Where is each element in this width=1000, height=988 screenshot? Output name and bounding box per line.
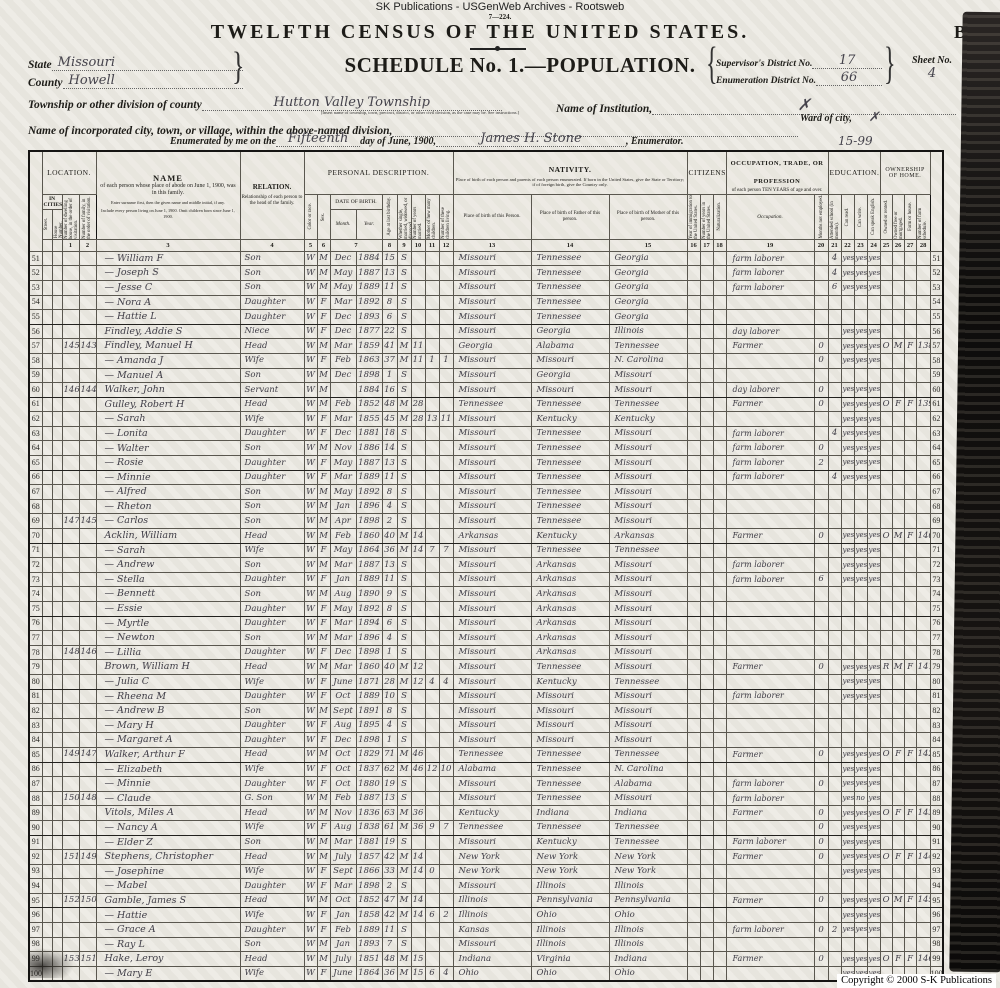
cell-attended_school [828,864,841,879]
cell-occupation [726,674,814,689]
cell-color: W [304,850,317,865]
cell-attended_school [828,879,841,894]
cell-farm_schedule [916,835,930,850]
cell-age: 13 [382,558,397,573]
cell-birth_year: 1892 [356,295,382,310]
cell-house-number [52,850,62,865]
table-row: 87— MinnieDaughterWFOct188019SMissouriTe… [29,777,943,792]
cell-owned_rented [880,441,892,456]
cell-children_living [439,397,453,412]
cell-sex: F [317,864,330,879]
cell-yr_immigration [687,893,700,908]
cell-birthplace: Missouri [453,251,531,266]
cell-naturalization [713,426,726,441]
cell-free_mortgaged: F [892,806,904,821]
cell-mother_birthplace: Missouri [609,660,687,675]
row-number-right: 68 [930,499,943,514]
cell-can_read [841,879,854,894]
cell-street [42,324,52,339]
cell-can_read: yes [841,952,854,967]
col-header-naturalization: Naturalization. [713,194,726,239]
cell-mother_of [425,485,439,500]
cell-farm_schedule: 140 [916,529,930,544]
cell-name: — Margaret A [96,733,240,748]
enumerator-name: James H. Stone [436,131,626,147]
state-county-block: State Missouri County Howell [28,53,243,89]
cell-house-number [52,645,62,660]
cell-free_mortgaged [892,266,904,281]
row-number-right: 75 [930,602,943,617]
cell-father_birthplace: Missouri [531,704,609,719]
cell-can_read: yes [841,893,854,908]
cell-farm_schedule [916,616,930,631]
cell-age: 37 [382,353,397,368]
cell-birth_year: 1891 [356,704,382,719]
cell-house-number [52,280,62,295]
cell-dwelling [62,456,79,471]
cell-father_birthplace: Kentucky [531,529,609,544]
cell-attended_school [828,820,841,835]
cell-birthplace: Tennessee [453,397,531,412]
cell-house-number [52,616,62,631]
cell-attended_school [828,806,841,821]
cell-occupation [726,704,814,719]
cell-street [42,572,52,587]
cell-children_living [439,324,453,339]
cell-name: — Rheton [96,499,240,514]
cell-yrs_in_us [700,251,713,266]
cell-months_not_employed: 0 [814,923,828,938]
cell-family [79,310,96,325]
cell-color: W [304,587,317,602]
cell-birthplace: Missouri [453,266,531,281]
cell-marital: S [397,645,411,660]
cell-birth_year: 1838 [356,820,382,835]
cell-birth_month: Feb [330,923,356,938]
cell-occupation: Farmer [726,893,814,908]
cell-family: 146 [79,645,96,660]
cell-color: W [304,966,317,981]
cell-farm_house [904,908,916,923]
table-row: 94— MabelDaughterWFMar18982SMissouriIlli… [29,879,943,894]
cell-age: 15 [382,251,397,266]
cell-name: — Hattie L [96,310,240,325]
col-header-birthplace: Place of birth of this Person. [453,194,531,239]
cell-farm_house [904,704,916,719]
cell-occupation [726,602,814,617]
cell-can_speak_english: yes [867,777,880,792]
cell-can_write: yes [854,251,867,266]
cell-can_read: yes [841,280,854,295]
cell-birth_year: 1881 [356,835,382,850]
cell-attended_school [828,485,841,500]
cell-house-number [52,602,62,617]
cell-birthplace: Missouri [453,674,531,689]
cell-yrs_in_us [700,718,713,733]
cell-farm_house: F [904,747,916,762]
cell-father_birthplace: Tennessee [531,499,609,514]
cell-can_write: yes [854,747,867,762]
cell-months_not_employed [814,558,828,573]
cell-free_mortgaged [892,908,904,923]
table-row: 97— Grace ADaughterWFFeb188911SKansasIll… [29,923,943,938]
cell-family [79,777,96,792]
row-number-right: 74 [930,587,943,602]
cell-can_read [841,645,854,660]
scan-smudge [28,948,74,978]
cell-yrs_in_us [700,558,713,573]
cell-occupation: farm laborer [726,441,814,456]
cell-occupation [726,645,814,660]
cell-occupation: farm laborer [726,558,814,573]
cell-farm_schedule [916,514,930,529]
cell-house-number [52,806,62,821]
cell-can_read [841,937,854,952]
cell-free_mortgaged [892,879,904,894]
cell-farm_house [904,499,916,514]
cell-birth_month: June [330,966,356,981]
cell-birth_year: 1889 [356,470,382,485]
cell-months_not_employed: 0 [814,850,828,865]
cell-sex: M [317,266,330,281]
cell-years_married [411,791,425,806]
cell-relation: Daughter [240,426,304,441]
cell-can_speak_english: yes [867,558,880,573]
cell-color: W [304,616,317,631]
cell-street [42,353,52,368]
cell-owned_rented [880,324,892,339]
cell-street [42,631,52,646]
cell-naturalization [713,674,726,689]
cell-birth_year: 1895 [356,718,382,733]
row-number-left: 94 [29,879,42,894]
cell-occupation: day laborer [726,383,814,398]
cell-yr_immigration [687,266,700,281]
cell-owned_rented: R [880,660,892,675]
row-number-right: 90 [930,820,943,835]
cell-yrs_in_us [700,660,713,675]
cell-house-number [52,514,62,529]
cell-can_write [854,631,867,646]
cell-family [79,689,96,704]
cell-months_not_employed [814,295,828,310]
cell-can_write [854,310,867,325]
cell-name: — Mary E [96,966,240,981]
cell-yrs_in_us [700,324,713,339]
cell-farm_house [904,280,916,295]
cell-marital: S [397,631,411,646]
cell-age: 11 [382,280,397,295]
cell-can_read [841,616,854,631]
cell-sex: M [317,383,330,398]
cell-owned_rented [880,777,892,792]
col-header-years-in-us: Number of years in the United States. [700,194,713,239]
cell-children_living [439,631,453,646]
cell-name: — Sarah [96,412,240,427]
cell-farm_schedule [916,572,930,587]
cell-attended_school [828,310,841,325]
cell-farm_house [904,733,916,748]
cell-birth_month: Aug [330,820,356,835]
cell-occupation: farm laborer [726,923,814,938]
cell-family [79,412,96,427]
cell-years_married: 12 [411,660,425,675]
cell-dwelling: 149 [62,747,79,762]
cell-can_speak_english [867,704,880,719]
cell-naturalization [713,251,726,266]
cell-house-number [52,572,62,587]
cell-attended_school [828,660,841,675]
row-number-left: 58 [29,353,42,368]
row-number-left: 61 [29,397,42,412]
cell-relation: Daughter [240,616,304,631]
cell-birthplace: Missouri [453,616,531,631]
cell-birth_month: May [330,456,356,471]
cell-birth_month: Dec [330,426,356,441]
cell-attended_school: 4 [828,426,841,441]
cell-naturalization [713,353,726,368]
cell-attended_school [828,339,841,354]
cell-color: W [304,923,317,938]
cell-father_birthplace: Missouri [531,733,609,748]
row-number-right: 91 [930,835,943,850]
cell-dwelling [62,660,79,675]
cell-owned_rented [880,879,892,894]
cell-occupation: Farmer [726,806,814,821]
cell-can_speak_english: yes [867,572,880,587]
township-label: Township or other division of county [28,99,202,111]
cell-color: W [304,908,317,923]
cell-can_read: yes [841,339,854,354]
cell-sex: F [317,572,330,587]
cell-birthplace: Missouri [453,470,531,485]
cell-naturalization [713,310,726,325]
cell-sex: F [317,689,330,704]
cell-children_living [439,616,453,631]
cell-birth_year: 1855 [356,412,382,427]
cell-name: — Claude [96,791,240,806]
cell-children_living: 10 [439,762,453,777]
table-row: 65— RosieDaughterWFMay188713SMissouriTen… [29,456,943,471]
cell-mother_birthplace: Missouri [609,456,687,471]
cell-yrs_in_us [700,602,713,617]
cell-mother_of [425,718,439,733]
cell-occupation: farm laborer [726,470,814,485]
row-number-right: 61 [930,397,943,412]
table-row: 54— Nora ADaughterWFMar18928SMissouriTen… [29,295,943,310]
col-header-mother-of: Mother of how many children. [425,194,439,239]
cell-sex: F [317,324,330,339]
cell-yr_immigration [687,295,700,310]
cell-street [42,791,52,806]
cell-naturalization [713,456,726,471]
cell-relation: Wife [240,908,304,923]
cell-family: 147 [79,747,96,762]
cell-color: W [304,864,317,879]
cell-mother_of [425,251,439,266]
cell-naturalization [713,514,726,529]
cell-owned_rented [880,412,892,427]
cell-birth_month: Dec [330,733,356,748]
cell-dwelling [62,280,79,295]
cell-owned_rented [880,674,892,689]
sheet-label: Sheet No. [900,55,964,66]
row-number-right: 95 [930,893,943,908]
cell-children_living [439,602,453,617]
cell-farm_house [904,558,916,573]
cell-children_living [439,893,453,908]
cell-birthplace: Missouri [453,485,531,500]
cell-years_married [411,426,425,441]
cell-can_speak_english [867,879,880,894]
cell-birth_month: Mar [330,660,356,675]
cell-father_birthplace: Tennessee [531,747,609,762]
cell-yrs_in_us [700,704,713,719]
cell-name: — Andrew B [96,704,240,719]
cell-birthplace: Missouri [453,835,531,850]
cell-can_speak_english [867,718,880,733]
cell-farm_house [904,368,916,383]
cell-color: W [304,937,317,952]
cell-yr_immigration [687,645,700,660]
cell-yrs_in_us [700,543,713,558]
cell-relation: Son [240,251,304,266]
cell-birth_month: May [330,543,356,558]
cell-mother_of [425,660,439,675]
cell-mother_birthplace: Illinois [609,879,687,894]
cell-children_living [439,456,453,471]
cell-can_write: yes [854,923,867,938]
cell-farm_house [904,879,916,894]
cell-age: 8 [382,485,397,500]
cell-dwelling [62,295,79,310]
cell-color: W [304,718,317,733]
table-row: 99153151Hake, LeroyHeadWMJuly185148M15In… [29,952,943,967]
cell-can_read: yes [841,572,854,587]
cell-months_not_employed: 0 [814,339,828,354]
cell-can_write [854,499,867,514]
cell-color: W [304,353,317,368]
cell-relation: Daughter [240,777,304,792]
cell-street [42,529,52,544]
cell-can_read: yes [841,441,854,456]
cell-birth_year: 1871 [356,674,382,689]
cell-family [79,368,96,383]
cell-naturalization [713,441,726,456]
cell-dwelling: 150 [62,791,79,806]
column-number-row: 1234567891011121314151617181920212223242… [29,239,943,251]
cell-relation: Head [240,850,304,865]
cell-mother_birthplace: Missouri [609,645,687,660]
cell-dwelling [62,251,79,266]
cell-age: 41 [382,339,397,354]
cell-relation: Wife [240,412,304,427]
cell-months_not_employed [814,310,828,325]
cell-free_mortgaged [892,689,904,704]
cell-can_read [841,718,854,733]
cell-owned_rented [880,908,892,923]
cell-relation: Son [240,441,304,456]
cell-can_speak_english: yes [867,280,880,295]
cell-naturalization [713,777,726,792]
cell-street [42,499,52,514]
cell-mother_of [425,397,439,412]
cell-birth_month: Mar [330,835,356,850]
cell-father_birthplace: Georgia [531,324,609,339]
cell-family [79,835,96,850]
cell-father_birthplace: Alabama [531,339,609,354]
enumerator-label: , Enumerator. [626,136,684,147]
cell-can_write [854,718,867,733]
cell-family [79,558,96,573]
cell-birth_year: 1887 [356,558,382,573]
relation-title: RELATION. [242,183,303,191]
cell-attended_school [828,456,841,471]
cell-mother_birthplace: Tennessee [609,747,687,762]
cell-name: — Nora A [96,295,240,310]
cell-naturalization [713,280,726,295]
cell-years_married: 12 [411,674,425,689]
cell-farm_schedule [916,864,930,879]
row-number-right: 96 [930,908,943,923]
cell-birthplace: New York [453,864,531,879]
cell-mother_birthplace: Missouri [609,514,687,529]
cell-age: 45 [382,412,397,427]
cell-name: Vitols, Miles A [96,806,240,821]
cell-can_speak_english: yes [867,412,880,427]
cell-occupation [726,864,814,879]
cell-dwelling [62,397,79,412]
copyright-notice: Copyright © 2000 S-K Publications [837,974,996,988]
column-number-17: 17 [700,239,713,251]
col-header-years-married: Number of years married. [411,194,425,239]
cell-children_living [439,426,453,441]
cell-mother_of [425,747,439,762]
cell-occupation [726,499,814,514]
cell-yr_immigration [687,704,700,719]
cell-mother_of [425,572,439,587]
cell-father_birthplace: Kentucky [531,674,609,689]
cell-house-number [52,791,62,806]
cell-farm_house [904,835,916,850]
cell-farm_house [904,572,916,587]
cell-father_birthplace: Tennessee [531,820,609,835]
cell-yrs_in_us [700,893,713,908]
cell-naturalization [713,966,726,981]
cell-marital: S [397,368,411,383]
cell-street [42,426,52,441]
cell-yrs_in_us [700,499,713,514]
row-number-left: 60 [29,383,42,398]
cell-owned_rented [880,266,892,281]
cell-street [42,850,52,865]
ward-label: Ward of city, [800,113,852,124]
cell-yrs_in_us [700,820,713,835]
cell-months_not_employed [814,864,828,879]
cell-free_mortgaged [892,441,904,456]
cell-mother_of: 12 [425,762,439,777]
cell-sex: M [317,937,330,952]
row-number-left: 72 [29,558,42,573]
cell-months_not_employed [814,631,828,646]
occupation-group-title: OCCUPATION, TRADE, OR PROFESSION [731,160,824,185]
cell-years_married [411,499,425,514]
row-number-right: 52 [930,266,943,281]
cell-farm_schedule [916,499,930,514]
cell-birthplace: Missouri [453,499,531,514]
cell-children_living: 2 [439,908,453,923]
cell-marital: M [397,660,411,675]
